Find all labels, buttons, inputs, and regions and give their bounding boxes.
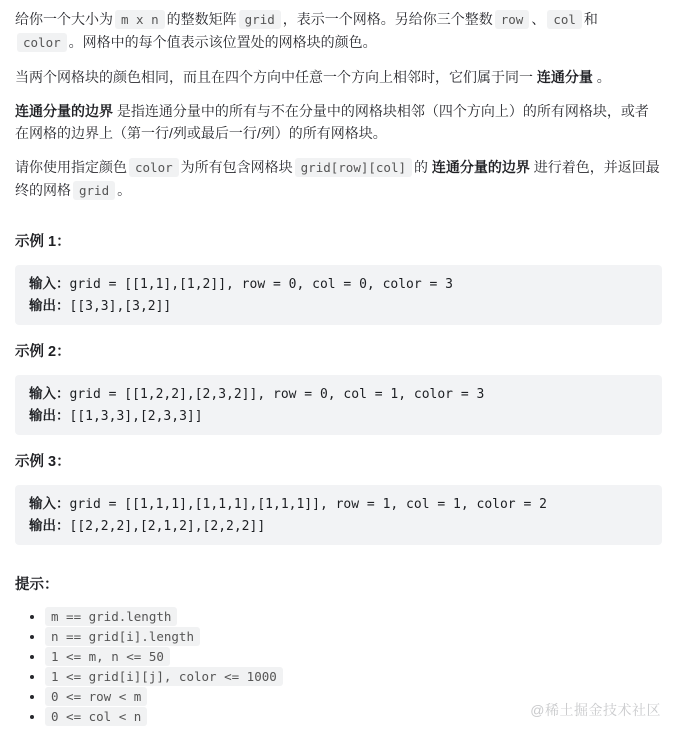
text-segment: 的整数矩阵 <box>167 11 237 27</box>
input-label: 输入： <box>29 386 70 401</box>
example-2-section: 示例 2： 输入：grid = [[1,2,2],[2,3,2]], row =… <box>15 342 662 435</box>
inline-code-color: color <box>129 158 179 177</box>
paragraph-task: 请你使用指定颜色color为所有包含网格块grid[row][col]的 连通分… <box>15 156 662 202</box>
inline-code-color: color <box>17 33 67 52</box>
example-3-output-value: [[2,2,2],[2,1,2],[2,2,2]] <box>70 519 266 534</box>
text-segment: 和 <box>584 11 598 27</box>
example-2-heading: 示例 2： <box>15 342 662 362</box>
input-label: 输入： <box>29 276 70 291</box>
text-segment: 当两个网格块的颜色相同，而且在四个方向中任意一个方向上相邻时，它们属于同一 <box>15 69 533 85</box>
constraint-code: 1 <= m, n <= 50 <box>45 647 170 666</box>
inline-code-row: row <box>495 10 530 29</box>
example-2-output-value: [[1,3,3],[2,3,3]] <box>70 409 203 424</box>
bold-term-component-border: 连通分量的边界 <box>15 103 113 119</box>
constraint-code: n == grid[i].length <box>45 627 200 646</box>
constraint-code: 0 <= row < m <box>45 687 147 706</box>
text-segment: 为所有包含网格块 <box>181 159 293 175</box>
output-label: 输出： <box>29 408 70 423</box>
example-3-section: 示例 3： 输入：grid = [[1,1,1],[1,1,1],[1,1,1]… <box>15 452 662 545</box>
text-segment: 请你使用指定颜色 <box>15 159 127 175</box>
constraint-item: n == grid[i].length <box>45 627 662 647</box>
output-label: 输出： <box>29 298 70 313</box>
inline-code-m-x-n: m x n <box>115 10 165 29</box>
constraints-heading: 提示： <box>15 575 662 595</box>
text-segment: 。 <box>117 182 131 198</box>
example-2-input-line: 输入：grid = [[1,2,2],[2,3,2]], row = 0, co… <box>29 383 648 405</box>
constraint-code: 1 <= grid[i][j], color <= 1000 <box>45 667 283 686</box>
example-3-output-line: 输出：[[2,2,2],[2,1,2],[2,2,2]] <box>29 515 648 537</box>
example-1-code-block: 输入：grid = [[1,1],[1,2]], row = 0, col = … <box>15 265 662 325</box>
inline-code-grid: grid <box>239 10 281 29</box>
example-2-code-block: 输入：grid = [[1,2,2],[2,3,2]], row = 0, co… <box>15 375 662 435</box>
inline-code-grid: grid <box>73 181 115 200</box>
constraint-code: 0 <= col < n <box>45 707 147 726</box>
example-1-output-line: 输出：[[3,3],[3,2]] <box>29 295 648 317</box>
example-3-input-value: grid = [[1,1,1],[1,1,1],[1,1,1]], row = … <box>70 497 547 512</box>
example-3-heading: 示例 3： <box>15 452 662 472</box>
text-segment: ，表示一个网格。另给你三个整数 <box>283 11 493 27</box>
example-1-output-value: [[3,3],[3,2]] <box>70 299 172 314</box>
bold-term-connected-component: 连通分量 <box>537 69 593 85</box>
text-segment: 。 <box>597 69 611 85</box>
bold-term-component-border: 连通分量的边界 <box>432 159 530 175</box>
paragraph-connected-component: 当两个网格块的颜色相同，而且在四个方向中任意一个方向上相邻时，它们属于同一 连通… <box>15 66 662 88</box>
constraint-item: 1 <= grid[i][j], color <= 1000 <box>45 667 662 687</box>
text-segment: 的 <box>414 159 428 175</box>
paragraph-intro: 给你一个大小为m x n的整数矩阵grid，表示一个网格。另给你三个整数row、… <box>15 8 662 54</box>
text-segment: 给你一个大小为 <box>15 11 113 27</box>
example-3-input-line: 输入：grid = [[1,1,1],[1,1,1],[1,1,1]], row… <box>29 493 648 515</box>
example-2-output-line: 输出：[[1,3,3],[2,3,3]] <box>29 405 648 427</box>
example-3-code-block: 输入：grid = [[1,1,1],[1,1,1],[1,1,1]], row… <box>15 485 662 545</box>
example-1-input-value: grid = [[1,1],[1,2]], row = 0, col = 0, … <box>70 277 454 292</box>
constraint-item: m == grid.length <box>45 607 662 627</box>
output-label: 输出： <box>29 518 70 533</box>
text-segment: 、 <box>531 11 545 27</box>
paragraph-border-definition: 连通分量的边界 是指连通分量中的所有与不在分量中的网格块相邻（四个方向上）的所有… <box>15 100 662 144</box>
example-1-input-line: 输入：grid = [[1,1],[1,2]], row = 0, col = … <box>29 273 648 295</box>
constraint-code: m == grid.length <box>45 607 177 626</box>
text-segment: 。网格中的每个值表示该位置处的网格块的颜色。 <box>69 34 377 50</box>
example-1-heading: 示例 1： <box>15 232 662 252</box>
example-1-section: 示例 1： 输入：grid = [[1,1],[1,2]], row = 0, … <box>15 232 662 325</box>
constraint-item: 1 <= m, n <= 50 <box>45 647 662 667</box>
inline-code-grid-row-col: grid[row][col] <box>295 158 412 177</box>
problem-description: 给你一个大小为m x n的整数矩阵grid，表示一个网格。另给你三个整数row、… <box>0 0 677 727</box>
input-label: 输入： <box>29 496 70 511</box>
juejin-watermark: @稀土掘金技术社区 <box>530 700 661 720</box>
inline-code-col: col <box>547 10 582 29</box>
example-2-input-value: grid = [[1,2,2],[2,3,2]], row = 0, col =… <box>70 387 485 402</box>
